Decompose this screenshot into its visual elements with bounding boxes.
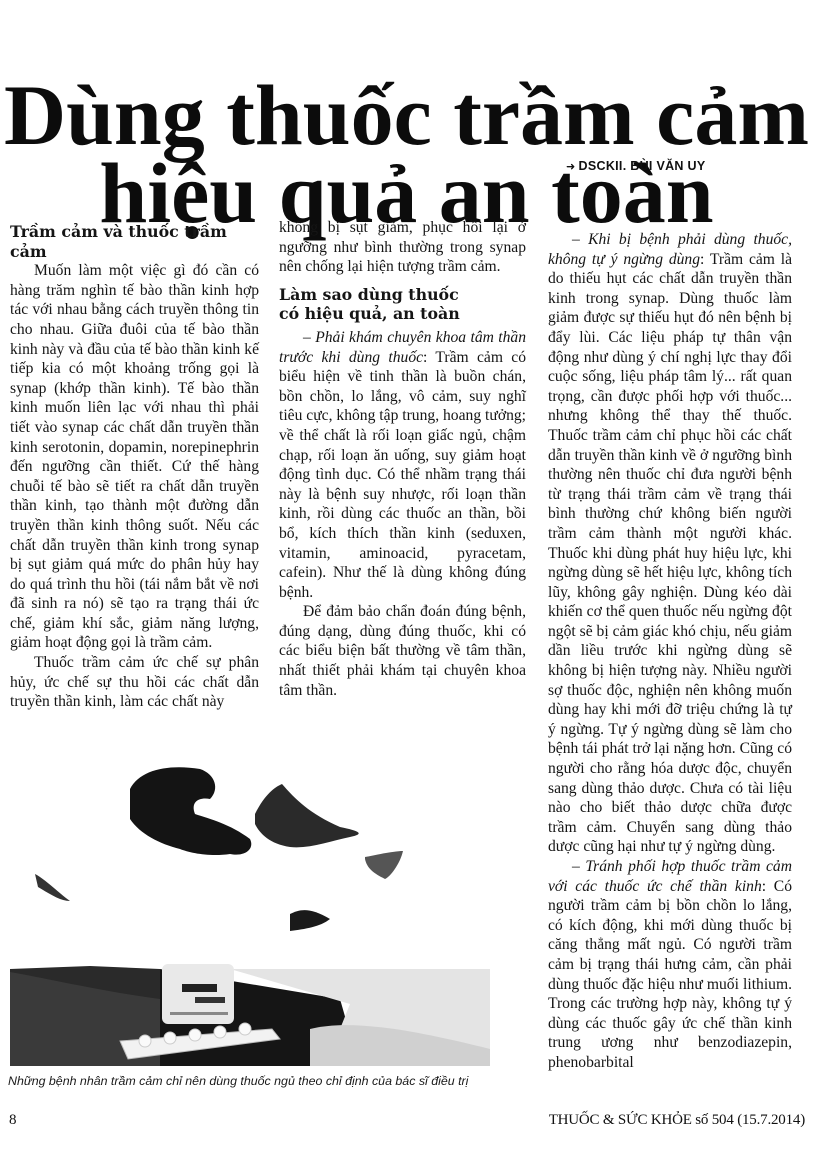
article-photo (10, 729, 528, 1066)
section-heading-2: Làm sao dùng thuốccó hiệu quả, an toàn (279, 285, 526, 324)
paragraph: Để đảm bảo chẩn đoán đúng bệnh, đúng dạn… (279, 602, 526, 700)
item-lead: – Tránh phối hợp thuốc trầm cảm với các … (548, 858, 792, 895)
item-text: : Có người trầm cảm bị bồn chồn lo lắng,… (548, 878, 792, 1071)
paragraph: Muốn làm một việc gì đó cần có hàng trăm… (10, 261, 259, 653)
paragraph: – Tránh phối hợp thuốc trầm cảm với các … (548, 857, 792, 1073)
paragraph: Thuốc trầm cảm ức chế sự phân hủy, ức ch… (10, 653, 259, 712)
paragraph: không bị sụt giảm, phục hồi lại ở ngưỡng… (279, 218, 526, 277)
paragraph: – Khi bị bệnh phải dùng thuốc, không tự … (548, 230, 792, 857)
page-number: 8 (9, 1112, 17, 1129)
glass-and-pills-image (10, 729, 528, 1066)
photo-caption: Những bệnh nhân trầm cảm chỉ nên dùng th… (8, 1074, 533, 1088)
item-text: : Trầm cảm có biểu hiện về tinh thần là … (279, 349, 526, 601)
arrow-icon: ➜ (566, 161, 576, 173)
paragraph: – Phải khám chuyên khoa tâm thần trước k… (279, 328, 526, 602)
section-heading-1: Trầm cảm và thuốc trầm cảm (10, 222, 259, 261)
heading-line: Làm sao dùng thuốc (279, 285, 459, 304)
column-3: – Khi bị bệnh phải dùng thuốc, không tự … (548, 230, 792, 1073)
item-text: : Trầm cảm là do thiếu hụt các chất dẫn … (548, 251, 792, 856)
author-name: DSCKII. BÙI VĂN UY (579, 159, 706, 173)
byline: ➜DSCKII. BÙI VĂN UY (566, 159, 705, 173)
column-1: Trầm cảm và thuốc trầm cảm Muốn làm một … (10, 222, 259, 712)
heading-line: có hiệu quả, an toàn (279, 304, 460, 323)
magazine-issue: THUỐC & SỨC KHỎE số 504 (15.7.2014) (549, 1112, 805, 1129)
column-2: không bị sụt giảm, phục hồi lại ở ngưỡng… (279, 218, 526, 700)
